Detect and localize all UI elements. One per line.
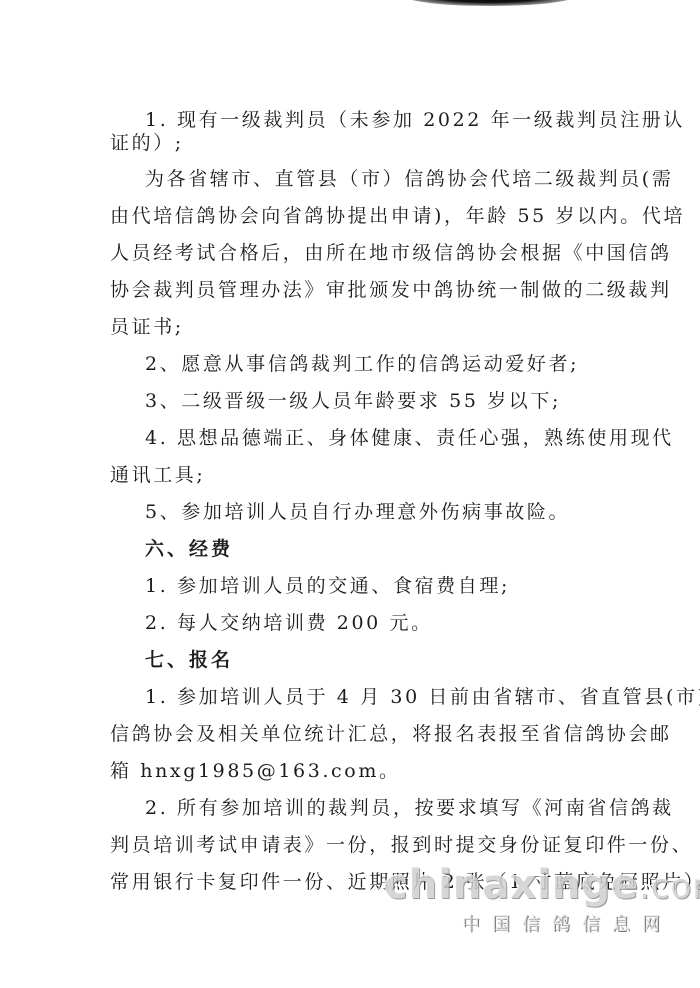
text-line: 为各省辖市、直管县（市）信鸽协会代培二级裁判员(需 bbox=[145, 167, 673, 191]
watermark-tld: .com bbox=[639, 867, 700, 907]
text-line: 2、愿意从事信鸽裁判工作的信鸽运动爱好者; bbox=[145, 352, 579, 376]
text-line: 判员培训考试申请表》一份，报到时提交身份证复印件一份、 bbox=[110, 833, 693, 857]
text-line: 由代培信鸽协会向省鸽协提出申请)，年龄 55 岁以内。代培 bbox=[110, 204, 685, 228]
text-line: 1. 参加培训人员于 4 月 30 日前由省辖市、省直管县(市) bbox=[145, 685, 700, 709]
watermark-logo: chinaxinge.com bbox=[384, 862, 700, 908]
text-line: 箱 hnxg1985@163.com。 bbox=[110, 759, 401, 783]
text-line: 5、参加培训人员自行办理意外伤病事故险。 bbox=[145, 500, 570, 524]
text-line: 通讯工具; bbox=[110, 463, 205, 487]
text-line: 2. 所有参加培训的裁判员，按要求填写《河南省信鸽裁 bbox=[145, 796, 674, 820]
text-line: 证的）; bbox=[110, 131, 184, 155]
fee-item: 1. 参加培训人员的交通、食宿费自理; bbox=[145, 574, 510, 598]
document-page: 1. 现有一级裁判员（未参加 2022 年一级裁判员注册认证的）;为各省辖市、直… bbox=[0, 0, 700, 988]
section-heading-fees: 六、经费 bbox=[145, 537, 233, 561]
section-heading-registration: 七、报名 bbox=[145, 648, 233, 672]
watermark-site: chinaxinge bbox=[384, 862, 639, 908]
text-line: 3、二级晋级一级人员年龄要求 55 岁以下; bbox=[145, 389, 561, 413]
text-line: 协会裁判员管理办法》审批颁发中鸽协统一制做的二级裁判 bbox=[110, 278, 672, 302]
fee-item: 2. 每人交纳培训费 200 元。 bbox=[145, 611, 433, 635]
text-line: 员证书; bbox=[110, 315, 184, 339]
text-line: 4. 思想品德端正、身体健康、责任心强，熟练使用现代 bbox=[145, 426, 674, 450]
text-line: 人员经考试合格后，由所在地市级信鸽协会根据《中国信鸽 bbox=[110, 241, 672, 265]
text-line: 1. 现有一级裁判员（未参加 2022 年一级裁判员注册认 bbox=[145, 108, 685, 132]
text-line: 信鸽协会及相关单位统计汇总，将报名表报至省信鸽协会邮 bbox=[110, 722, 672, 746]
watermark-name: 中国信鸽信息网 bbox=[462, 910, 672, 936]
